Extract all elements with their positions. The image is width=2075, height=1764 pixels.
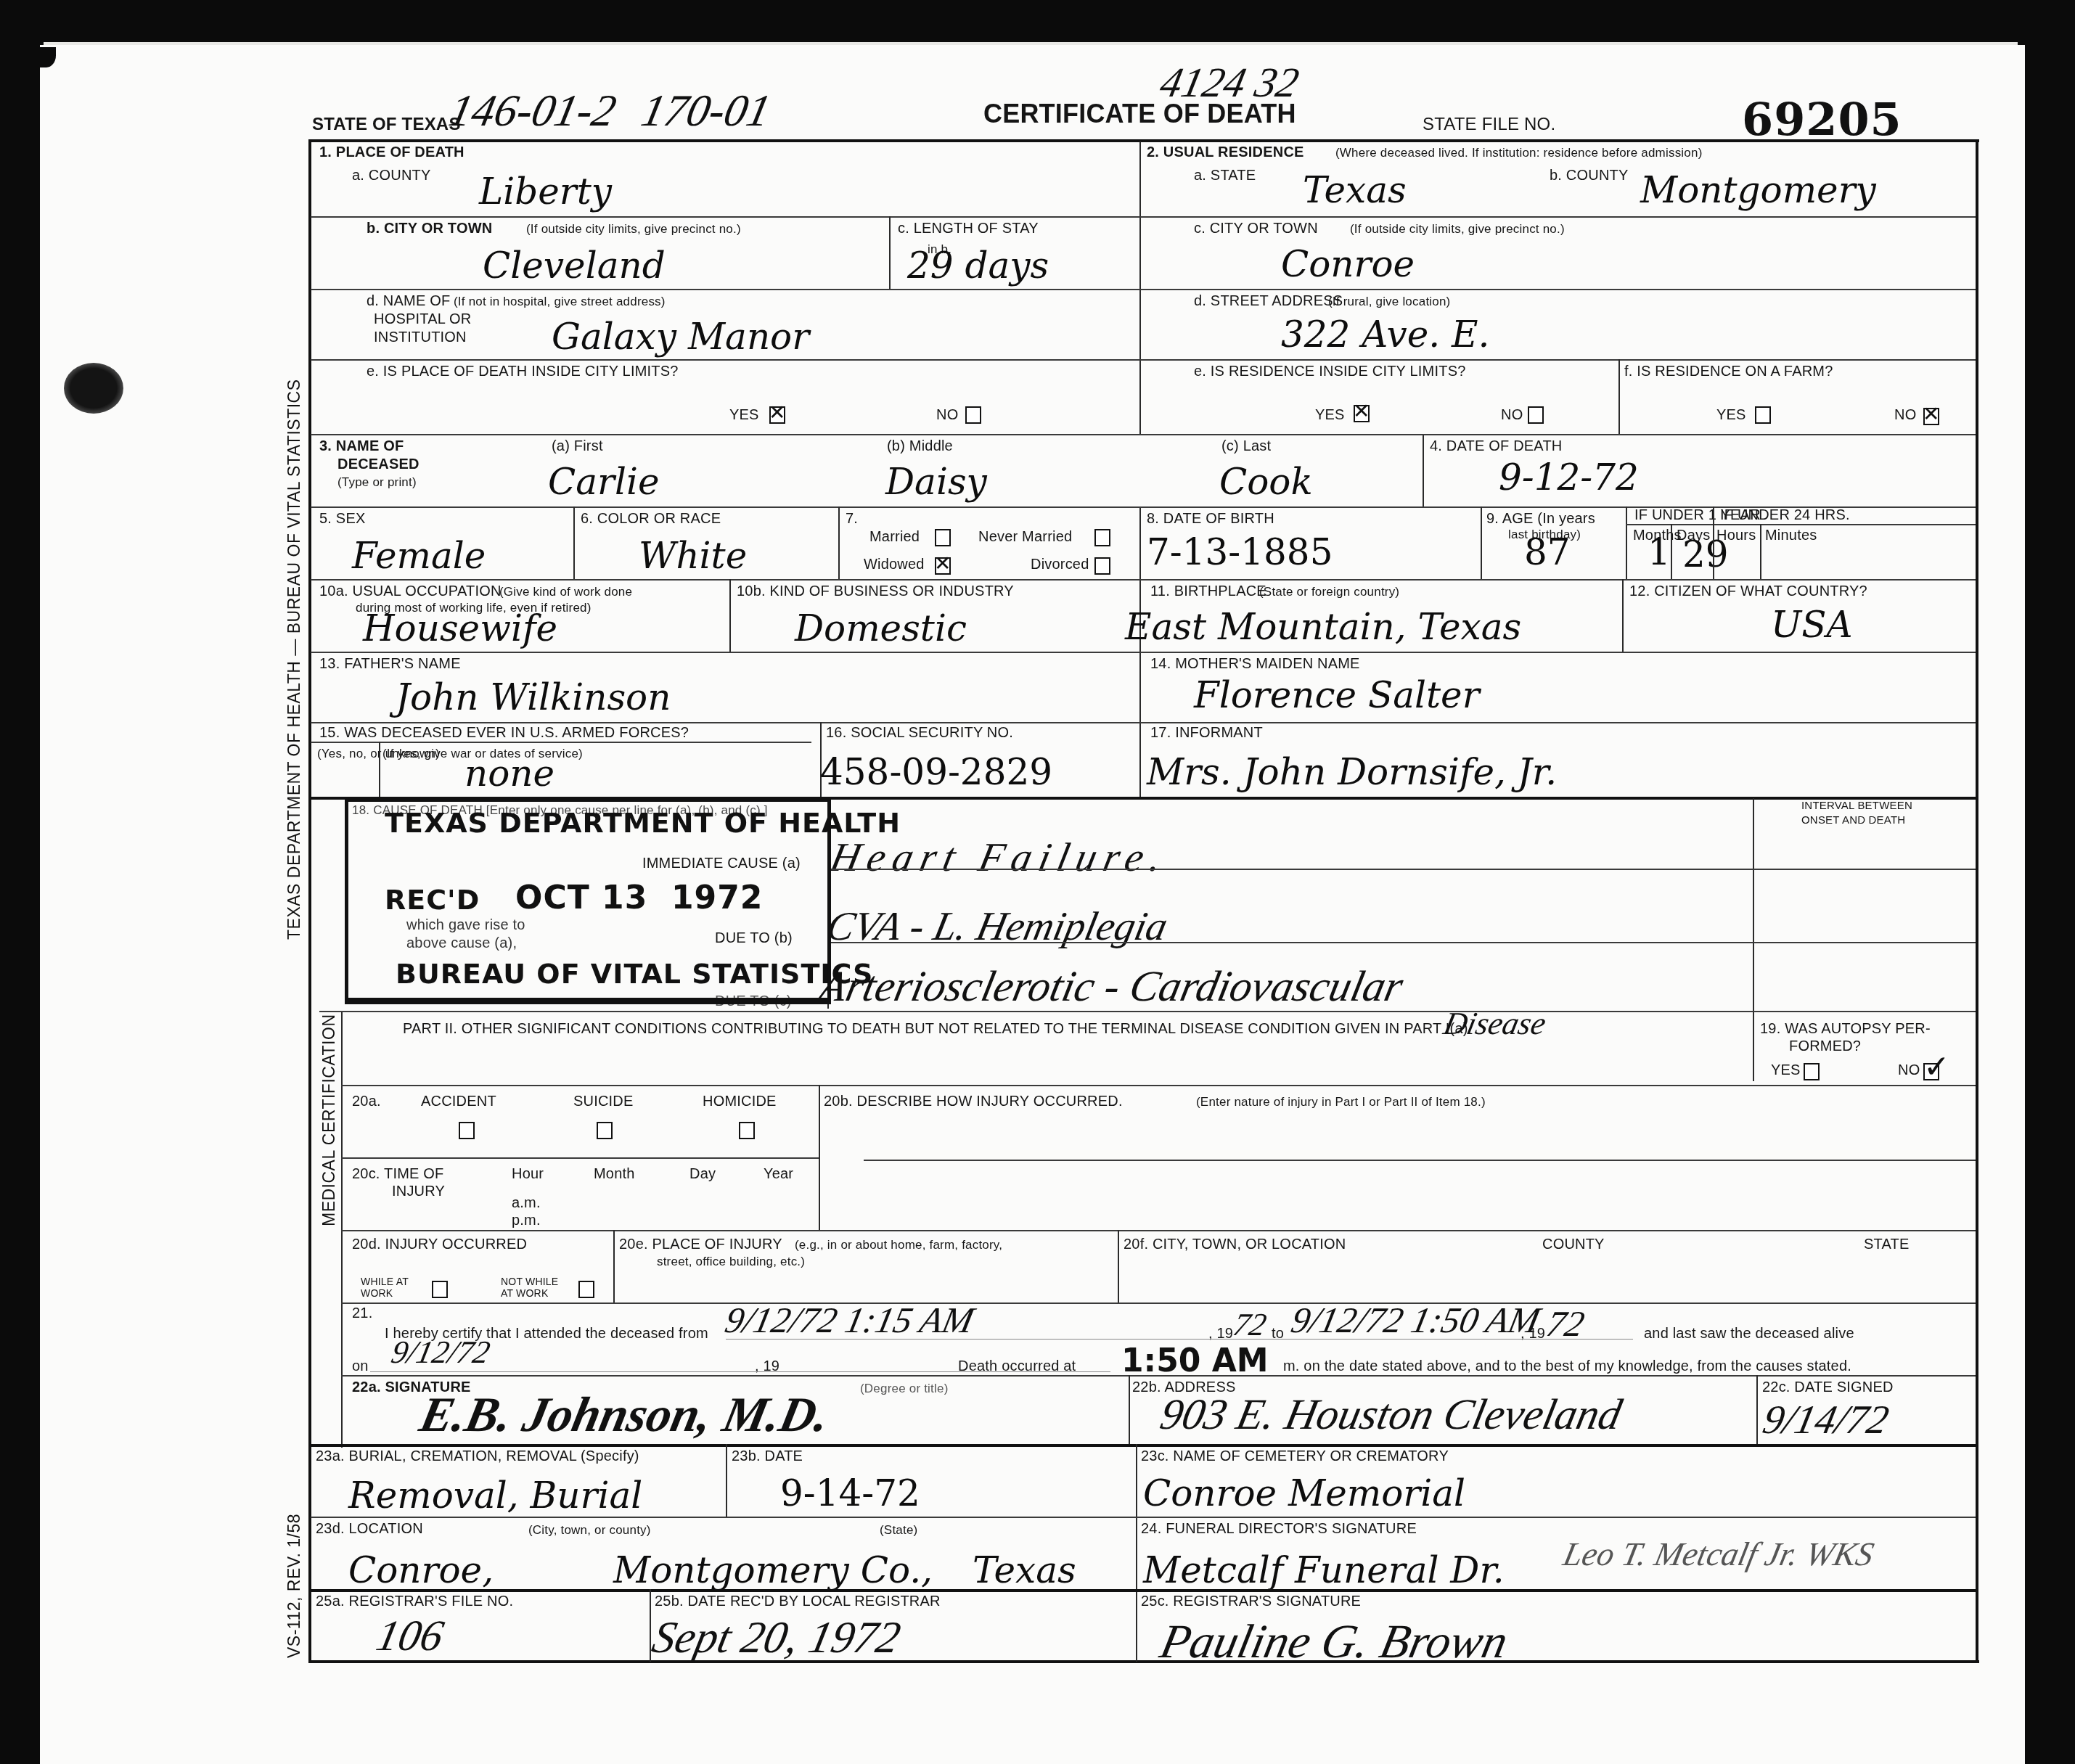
length-of-stay-value[interactable]: 29 days <box>907 247 1049 284</box>
form-left-border <box>308 139 311 1662</box>
county-label: a. COUNTY <box>352 168 430 184</box>
row-divider <box>311 289 1976 290</box>
father-label: 13. FATHER'S NAME <box>319 657 461 672</box>
no-label: NO <box>1501 408 1523 423</box>
state-note: (State) <box>880 1524 917 1537</box>
location-county-value[interactable]: Montgomery Co., <box>613 1551 933 1589</box>
minutes-label: Minutes <box>1765 528 1817 543</box>
date-of-death-label: 4. DATE OF DEATH <box>1430 439 1562 454</box>
residence-label: 2. USUAL RESIDENCE <box>1147 145 1304 160</box>
certify-text-3: m. on the date stated above, and to the … <box>1283 1359 1851 1374</box>
stamp-department: TEXAS DEPARTMENT OF HEALTH <box>385 807 901 839</box>
stamp-received-date: OCT 13 1972 <box>515 879 763 916</box>
residence-inside-limits-yes-checkbox[interactable] <box>1354 405 1370 422</box>
death-time-value[interactable]: 1:50 AM <box>1121 1342 1269 1379</box>
under-24-divider <box>1713 506 1714 579</box>
widowed-checkbox[interactable] <box>935 557 951 575</box>
hospital-label-3: INSTITUTION <box>374 330 467 345</box>
age-value[interactable]: 87 <box>1524 533 1571 571</box>
attended-from-value[interactable]: 9/12/72 1:15 AM <box>721 1299 978 1341</box>
residence-city-label: c. CITY OR TOWN <box>1194 221 1318 237</box>
disposition-date-label: 23b. DATE <box>732 1449 803 1464</box>
birthplace-value[interactable]: East Mountain, Texas <box>1125 608 1521 646</box>
location-state-value[interactable]: Texas <box>973 1551 1076 1589</box>
industry-label: 10b. KIND OF BUSINESS OR INDUSTRY <box>737 584 1014 599</box>
no-label: NO <box>1894 408 1916 423</box>
age-label: 9. AGE (In years <box>1486 512 1595 527</box>
cemetery-value[interactable]: Conroe Memorial <box>1143 1474 1465 1512</box>
sex-value[interactable]: Female <box>352 537 486 575</box>
farm-divider <box>1618 359 1620 435</box>
occupation-note: (Give kind of work done <box>499 586 632 599</box>
street-note: (If rural, give location) <box>1328 295 1450 308</box>
marital-option-married: Married <box>869 530 920 545</box>
stay-divider <box>889 216 891 289</box>
hour-label: Hour <box>512 1167 544 1182</box>
death-city-label: b. CITY OR TOWN <box>367 221 492 237</box>
armed-underline <box>311 742 811 743</box>
mother-label: 14. MOTHER'S MAIDEN NAME <box>1150 657 1360 672</box>
married-checkbox[interactable] <box>935 529 951 546</box>
row-divider <box>311 722 1976 723</box>
date-of-death-value[interactable]: 9-12-72 <box>1499 459 1639 496</box>
label-20d: 20d. INJURY OCCURRED <box>352 1237 527 1252</box>
cemetery-divider <box>1136 1444 1137 1662</box>
label-20a: 20a. <box>352 1094 381 1109</box>
part-two-label: PART II. OTHER SIGNIFICANT CONDITIONS CO… <box>403 1022 1468 1037</box>
due-to-c-value[interactable]: Arteriosclerotic - Cardiovascular <box>815 961 1408 1012</box>
interval-divider <box>1753 798 1754 1081</box>
location-city-value[interactable]: Conroe, <box>348 1551 494 1589</box>
birthplace-note: (State or foreign country) <box>1259 586 1399 599</box>
row-divider <box>311 216 1976 218</box>
row-divider <box>864 1160 1976 1161</box>
last-name-value[interactable]: Cook <box>1219 463 1313 501</box>
middle-name-label: (b) Middle <box>887 439 953 454</box>
under-year-underline <box>1626 524 1976 525</box>
cemetery-label: 23c. NAME OF CEMETERY OR CREMATORY <box>1141 1449 1449 1464</box>
hours-divider <box>1760 524 1761 579</box>
date-signed-divider <box>1756 1375 1758 1444</box>
location-label: 23d. LOCATION <box>316 1522 423 1537</box>
punch-hole <box>64 363 123 414</box>
street-value[interactable]: 322 Ave. E. <box>1281 316 1489 353</box>
20d-divider <box>613 1230 615 1303</box>
physician-address[interactable]: 903 E. Houston Cleveland <box>1156 1390 1626 1440</box>
label-20e: 20e. PLACE OF INJURY <box>619 1237 782 1252</box>
occupation-value[interactable]: Housewife <box>363 610 557 647</box>
disposition-date-value[interactable]: 9-14-72 <box>780 1474 920 1512</box>
citizen-value[interactable]: USA <box>1771 606 1853 644</box>
yes-label: YES <box>1716 408 1746 423</box>
farm-label: f. IS RESIDENCE ON A FARM? <box>1624 364 1833 380</box>
street-label: d. STREET ADDRESS <box>1194 294 1343 309</box>
homicide-checkbox[interactable] <box>739 1122 755 1139</box>
row-divider <box>311 579 1976 581</box>
name-label-3: (Type or print) <box>337 476 417 489</box>
side-label-department: TEXAS DEPARTMENT OF HEALTH — BUREAU OF V… <box>285 379 304 940</box>
sex-divider <box>573 506 575 579</box>
stamp-bureau: BUREAU OF VITAL STATISTICS <box>396 958 873 990</box>
farm-yes-checkbox[interactable] <box>1755 406 1771 424</box>
section-divider <box>311 1444 1976 1447</box>
name-label-2: DECEASED <box>337 457 419 472</box>
mother-value[interactable]: Florence Salter <box>1194 676 1480 714</box>
disposition-divider <box>726 1444 727 1517</box>
divorced-checkbox[interactable] <box>1094 557 1110 575</box>
row-divider <box>311 652 1976 653</box>
hours-label: Hours <box>1716 528 1756 543</box>
farm-no-checkbox[interactable] <box>1923 408 1939 425</box>
last-name-label: (c) Last <box>1221 439 1271 454</box>
armed-forces-value[interactable]: none <box>464 755 554 792</box>
autopsy-no-checkbox[interactable] <box>1923 1063 1939 1080</box>
date-of-birth-label: 8. DATE OF BIRTH <box>1147 512 1274 527</box>
hospital-label-2: HOSPITAL OR <box>374 312 471 327</box>
attended-to-value[interactable]: 9/12/72 1:50 AM <box>1288 1299 1544 1341</box>
row-divider <box>311 359 1976 361</box>
degree-label: (Degree or title) <box>860 1382 949 1395</box>
length-of-stay-label: c. LENGTH OF STAY <box>898 221 1039 237</box>
residence-city-note: (If outside city limits, give precinct n… <box>1350 223 1565 236</box>
form-bottom-border <box>308 1660 1979 1663</box>
form-top-border <box>308 139 1979 142</box>
months-divider <box>1671 524 1672 579</box>
cause-line-b <box>827 942 1976 943</box>
death-city-note: (If outside city limits, give precinct n… <box>526 223 741 236</box>
informant-value[interactable]: Mrs. John Dornsife, Jr. <box>1147 753 1557 791</box>
no-label: NO <box>1898 1063 1920 1078</box>
autopsy-label-2: FORMED? <box>1789 1039 1861 1054</box>
hospital-label: d. NAME OF <box>367 294 450 309</box>
label-20f: 20f. CITY, TOWN, OR LOCATION <box>1124 1237 1346 1252</box>
row-divider <box>341 1303 1976 1304</box>
death-inside-limits-label: e. IS PLACE OF DEATH INSIDE CITY LIMITS? <box>367 364 679 380</box>
not-while-at-work-checkbox[interactable] <box>578 1281 594 1298</box>
state-label: STATE OF TEXAS <box>312 116 461 134</box>
industry-value[interactable]: Domestic <box>795 610 967 647</box>
immediate-cause-value[interactable]: Heart Failure. <box>826 834 1173 881</box>
registrar-date-value[interactable]: Sept 20, 1972 <box>647 1612 904 1664</box>
note-20e-1: (e.g., in or about home, farm, factory, <box>795 1239 1002 1252</box>
yes-label: YES <box>729 408 759 423</box>
row-divider <box>311 434 1976 435</box>
row-divider <box>311 1517 1976 1518</box>
yes-label: YES <box>1771 1063 1801 1078</box>
column-divider-mid <box>1423 435 1424 508</box>
pm-label: p.m. <box>512 1213 541 1228</box>
death-inside-limits-no-checkbox[interactable] <box>965 406 981 424</box>
20f-state-label: STATE <box>1864 1237 1909 1252</box>
certify-line-1 <box>726 1339 1633 1340</box>
death-city-value[interactable]: Cleveland <box>483 247 666 284</box>
residence-state-value[interactable]: Texas <box>1303 171 1407 209</box>
citizen-divider <box>1622 579 1624 652</box>
residence-county-value[interactable]: Montgomery <box>1640 171 1876 209</box>
disposition-method-value[interactable]: Removal, Burial <box>348 1477 642 1514</box>
residence-inside-limits-no-checkbox[interactable] <box>1528 406 1544 424</box>
first-name-label: (a) First <box>552 439 603 454</box>
registrar-date-label: 25b. DATE REC'D BY LOCAL REGISTRAR <box>655 1594 941 1609</box>
while-at-work-checkbox[interactable] <box>432 1281 448 1298</box>
note-20e-2: street, office building, etc.) <box>657 1255 805 1268</box>
death-county-value[interactable]: Liberty <box>479 173 612 210</box>
first-name-value[interactable]: Carlie <box>548 463 660 501</box>
homicide-label: HOMICIDE <box>703 1094 777 1109</box>
column-divider-low <box>1139 508 1141 798</box>
interval-label: INTERVAL BETWEEN <box>1801 800 1912 813</box>
suicide-label: SUICIDE <box>573 1094 634 1109</box>
ssn-label: 16. SOCIAL SECURITY NO. <box>826 726 1013 741</box>
side-label-medical: MEDICAL CERTIFICATION <box>319 1014 339 1227</box>
funeral-director-value[interactable]: Metcalf Funeral Dr. <box>1143 1551 1505 1589</box>
ssn-value[interactable]: 458-09-2829 <box>820 753 1052 791</box>
name-label: 3. NAME OF <box>319 439 404 454</box>
last-seen-value[interactable]: 9/12/72 <box>388 1334 494 1371</box>
funeral-director-signature[interactable]: Leo T. Metcalf Jr. WKS <box>1560 1535 1877 1573</box>
residence-note: (Where deceased lived. If institution: r… <box>1335 147 1703 160</box>
never-married-checkbox[interactable] <box>1094 529 1110 546</box>
label-20b: 20b. DESCRIBE HOW INJURY OCCURRED. <box>824 1094 1123 1109</box>
father-value[interactable]: John Wilkinson <box>396 678 671 716</box>
side-label-form-id: VS-112, REV. 1/58 <box>285 1514 304 1658</box>
age-divider <box>1481 506 1482 579</box>
form-right-border <box>1976 139 1978 1662</box>
armed-subdivider <box>379 742 380 798</box>
not-while-at-work-label: NOT WHILE AT WORK <box>501 1276 566 1299</box>
interval-label-2: ONSET AND DEATH <box>1801 814 1905 827</box>
handwritten-overlay-number: 4124 32 <box>1156 58 1303 107</box>
20f-county-label: COUNTY <box>1542 1237 1605 1252</box>
marital-option-widowed: Widowed <box>864 557 925 573</box>
under-24-label: IF UNDER 24 HRS. <box>1720 508 1850 523</box>
marital-label: 7. <box>846 512 858 527</box>
cause-line-a <box>827 869 1976 870</box>
residence-inside-limits-label: e. IS RESIDENCE INSIDE CITY LIMITS? <box>1194 364 1466 380</box>
occupation-divider <box>729 579 731 652</box>
while-at-work-label: WHILE AT WORK <box>361 1276 412 1299</box>
citizen-label: 12. CITIZEN OF WHAT COUNTRY? <box>1629 584 1867 599</box>
date-of-birth-value[interactable]: 7-13-1885 <box>1147 533 1333 571</box>
state-file-number: 69205 <box>1742 93 1902 146</box>
birthplace-label: 11. BIRTHPLACE <box>1150 584 1266 599</box>
funeral-director-label: 24. FUNERAL DIRECTOR'S SIGNATURE <box>1141 1522 1417 1537</box>
residence-state-label: a. STATE <box>1194 168 1256 184</box>
location-note: (City, town, or county) <box>528 1524 651 1537</box>
yes-label: YES <box>1315 408 1345 423</box>
registrar-file-value[interactable]: 106 <box>372 1611 449 1661</box>
row-divider <box>341 1230 1976 1231</box>
informant-label: 17. INFORMANT <box>1150 726 1263 741</box>
hospital-value[interactable]: Galaxy Manor <box>552 318 809 356</box>
date-signed-value[interactable]: 9/14/72 <box>1759 1397 1893 1443</box>
section-divider <box>311 1589 1976 1592</box>
row-divider <box>341 1085 1976 1086</box>
sex-label: 5. SEX <box>319 512 365 527</box>
no-label: NO <box>936 408 958 423</box>
stamp-received-prefix: REC'D <box>385 884 480 916</box>
cause-line-c <box>319 1011 1976 1012</box>
hospital-note: (If not in hospital, give street address… <box>454 295 666 308</box>
registrar-signature[interactable]: Pauline G. Brown <box>1155 1615 1513 1670</box>
last-saw-text: and last saw the deceased alive <box>1644 1326 1854 1342</box>
suicide-checkbox[interactable] <box>597 1122 613 1139</box>
race-divider <box>838 506 840 579</box>
disposition-method-label: 23a. BURIAL, CREMATION, REMOVAL (Specify… <box>316 1449 639 1464</box>
part-two-handwritten[interactable]: Disease <box>1441 1005 1550 1042</box>
residence-county-label: b. COUNTY <box>1550 168 1628 184</box>
day-label: Day <box>689 1167 716 1182</box>
am-label: a.m. <box>512 1196 541 1211</box>
armed-forces-label: 15. WAS DECEASED EVER IN U.S. ARMED FORC… <box>319 726 689 741</box>
year-label: Year <box>764 1167 793 1182</box>
injury-divider <box>819 1085 820 1230</box>
race-value[interactable]: White <box>639 537 747 575</box>
registrar-signature-label: 25c. REGISTRAR'S SIGNATURE <box>1141 1594 1361 1609</box>
handwritten-code-2: 170-01 <box>637 86 775 137</box>
marital-option-divorced: Divorced <box>1031 557 1089 573</box>
certify-line-2 <box>370 1371 1110 1372</box>
label-20c-2: INJURY <box>392 1184 445 1199</box>
accident-label: ACCIDENT <box>421 1094 496 1109</box>
middle-name-value[interactable]: Daisy <box>885 463 987 501</box>
note-20b: (Enter nature of injury in Part I or Par… <box>1196 1096 1486 1109</box>
months-value[interactable]: 1 <box>1648 533 1671 571</box>
on-label: on <box>352 1359 369 1374</box>
label-21: 21. <box>352 1306 372 1321</box>
20e-divider <box>1118 1230 1119 1303</box>
autopsy-yes-checkbox[interactable] <box>1804 1063 1820 1080</box>
handwritten-code-1: 146-01-2 <box>444 86 620 137</box>
row-divider <box>341 1157 819 1159</box>
under-year-divider <box>1626 506 1627 579</box>
residence-city-value[interactable]: Conroe <box>1281 245 1415 283</box>
accident-checkbox[interactable] <box>459 1122 475 1139</box>
physician-signature[interactable]: E.B. Johnson, M.D. <box>415 1386 835 1443</box>
label-20c: 20c. TIME OF <box>352 1167 444 1182</box>
place-of-death-label: 1. PLACE OF DEATH <box>319 145 464 160</box>
state-file-label: STATE FILE NO. <box>1423 116 1555 134</box>
occupation-label: 10a. USUAL OCCUPATION <box>319 584 502 599</box>
signature-divider <box>1129 1375 1130 1444</box>
race-label: 6. COLOR OR RACE <box>581 512 721 527</box>
month-label: Month <box>594 1167 635 1182</box>
registrar-file-label: 25a. REGISTRAR'S FILE NO. <box>316 1594 513 1609</box>
marital-option-never-married: Never Married <box>978 530 1072 545</box>
death-inside-limits-yes-checkbox[interactable] <box>769 406 785 424</box>
autopsy-label: 19. WAS AUTOPSY PER- <box>1760 1022 1931 1037</box>
row-divider <box>341 1375 1976 1377</box>
date-signed-label: 22c. DATE SIGNED <box>1762 1380 1894 1395</box>
